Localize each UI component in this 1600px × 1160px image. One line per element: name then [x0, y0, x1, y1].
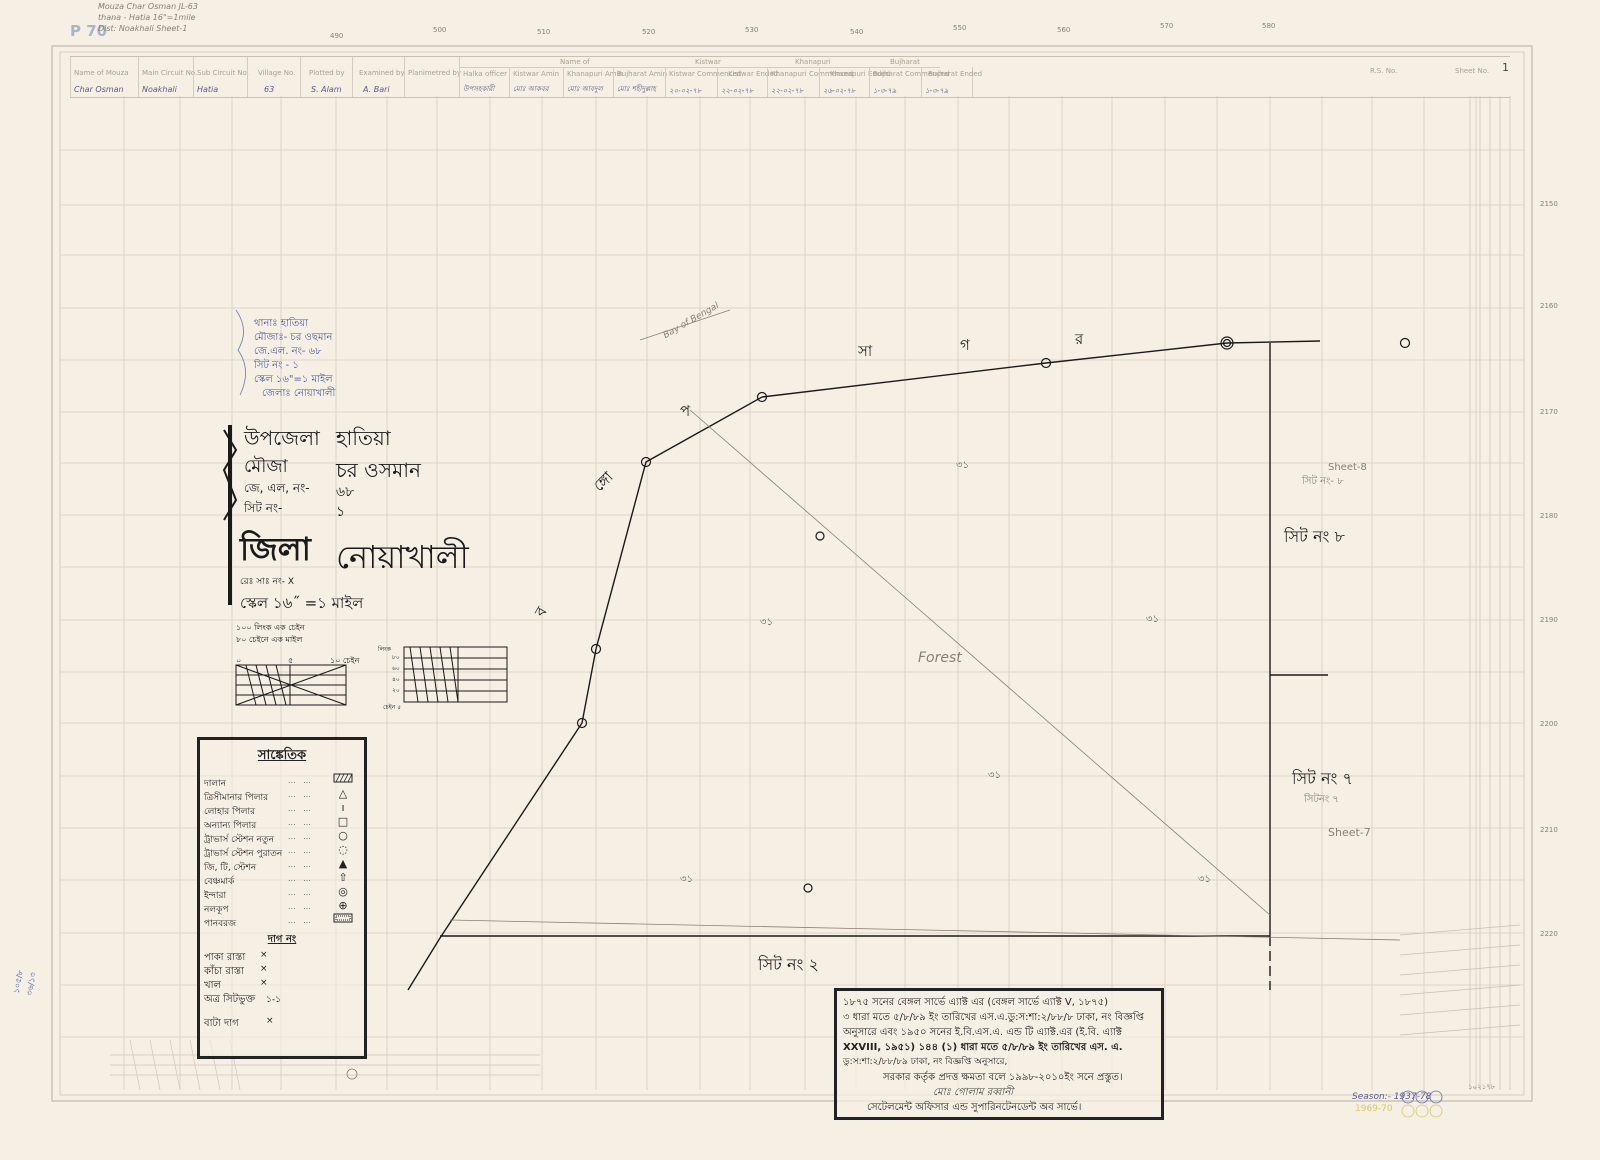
hdr-value: মোঃ আকবর [513, 83, 549, 95]
hdr-value: ২৬-০২-৭৮ [823, 85, 855, 97]
leader-dots: ... ... [288, 888, 311, 897]
dag-item-value: × [266, 1016, 274, 1026]
legend-item-label: অন্যান্য পিলার [204, 818, 256, 833]
diag-tick: ৬০ [392, 663, 400, 674]
notice-line: ৩ ধারা মতে ৫/৮/৮৯ ইং তারিখের এস.এ.ডু:স:শ… [843, 1010, 1155, 1025]
rs-no-label: R.S. No. [1370, 67, 1397, 75]
district-value: নোয়াখালী [336, 532, 469, 586]
notice-line: ডু:স:শা:২/৮৮/৮৯ ঢাকা, নং বিজ্ঞপ্তি অনুসা… [843, 1055, 1155, 1070]
hdr-col-bujharat-commenced: Bujharat Commenced১-৩-৭৯ [869, 67, 922, 97]
sea-label-char: সা [858, 340, 872, 365]
district-label: জিলা [240, 524, 311, 578]
dag-item-label: অত্র সিটভুক্ত [204, 992, 255, 1009]
legend-item-label: ত্রিসীমানার পিলার [204, 790, 268, 805]
crossed-circle-icon: ⊕ [332, 899, 354, 912]
hdr-value: Hatia [197, 85, 218, 94]
grid-coord-right-2: 2170 [1540, 408, 1558, 416]
dag-item-value: × [260, 950, 268, 960]
hdr-value: মোঃ আবদুল [567, 83, 603, 95]
hdr-value: Char Osman [74, 85, 124, 94]
notice-line: XXVIII, ১৯৫১) ১৪৪ (১) ধারা মতে ৫/৮/৮৯ ইং… [843, 1040, 1155, 1055]
hdr-value: S. Alam [311, 85, 342, 94]
hdr-col-bujharat-ended: Bujharat Ended১-৩-৭৯ [921, 67, 973, 97]
legend-title: সাঙ্কেতিক [200, 746, 364, 767]
diag-bottom-label: চেইন ৫ [383, 702, 401, 713]
hdr-label: Plotted by [309, 69, 345, 77]
hdr-group-label: Bujharat [890, 58, 920, 66]
hdr-label: Main Circuit No. [142, 69, 197, 77]
circle-icon: ○ [332, 829, 354, 842]
grid-coord-right-7: 2220 [1540, 930, 1558, 938]
hdr-value: ১-৩-৭৯ [925, 85, 948, 97]
dag-item-value: × [260, 978, 268, 988]
sea-label-char: র [1075, 328, 1083, 353]
grid-coord-top-6: 550 [953, 24, 966, 32]
hdr-label: Name of Mouza [74, 69, 129, 77]
hdr-col-bujharat-amin: Bujharat Aminমোঃ শহীদুল্লাহ [613, 67, 666, 97]
legend-item-label: নলকূপ [204, 902, 228, 917]
legend-item-label: ট্রাভার্স স্টেশন নতুন [204, 832, 274, 847]
sheet-value: ১ [336, 500, 345, 524]
hdr-value: উপসহকারী [463, 83, 494, 95]
hdr-label: Planimetred by [408, 69, 461, 77]
hdr-label: Halka officer [463, 70, 507, 78]
grid-coord-right-4: 2190 [1540, 616, 1558, 624]
left-margin-note: ১০৫/৮ ৩৬/১৩ [11, 969, 41, 997]
diag-tick: ২০ [392, 685, 400, 696]
hdr-value: A. Bari [363, 85, 390, 94]
legend-item-label: ট্রাভার্স স্টেশন পুরাতন [204, 846, 282, 861]
hdr-label: Kistwar Amin [513, 70, 559, 78]
hdr-col-main-circuit: Main Circuit No.Noakhali [138, 57, 194, 97]
hdr-value: ১-৩-৭৯ [873, 85, 896, 97]
sea-label-char: গ [960, 334, 970, 359]
jl-label: জে, এল, নং- [244, 480, 310, 500]
adjacent-sheet-8: সিট নং ৮ [1284, 524, 1345, 551]
other-pillar-icon: □ [332, 815, 354, 828]
grid-coord-right-1: 2160 [1540, 302, 1558, 310]
scale-bar-label-mid: ৫ [288, 655, 293, 668]
legend-item-label: ইন্দারা [204, 888, 226, 903]
legend-item-label: বেঞ্চমার্ক [204, 874, 234, 889]
hdr-col-kistwar-ended: Kistwar Ended২২-০২-৭৮ [717, 67, 768, 97]
iron-pillar-icon: ı [332, 801, 354, 814]
leader-dots: ... ... [288, 832, 311, 841]
hdr-col-kistwar-commenced: Kistwar Commenced২০-০২-৭৮ [665, 67, 718, 97]
grid-coord-top-1: 500 [433, 26, 446, 34]
hdr-value: ২২-০২-৭৮ [771, 85, 803, 97]
broken-circle-icon: ◌ [332, 843, 354, 856]
forest-label: Forest [918, 650, 962, 666]
upazila-value: হাতিয়া [336, 424, 391, 457]
hdr-group-label: Name of [560, 58, 590, 66]
grid-coord-top-7: 560 [1057, 26, 1070, 34]
legend-box: সাঙ্কেতিক দালান ... ... ত্রিসীমানার পিলা… [197, 737, 367, 1059]
plot-number: ৩১ [956, 458, 969, 475]
sheet-no-value: 1 [1502, 61, 1509, 74]
legend-item-label: পানবরজ [204, 916, 236, 931]
grid-coord-top-8: 570 [1160, 22, 1173, 30]
hdr-col-examined: Examined byA. Bari [352, 57, 405, 97]
notice-line: অনুসারে এবং ১৯৫০ সনের ই.বি.এস.এ. এন্ড টি… [843, 1025, 1155, 1040]
gt-station-icon: ▲ [332, 857, 354, 870]
stamp-number: ১০২১৭৮ [1468, 1081, 1495, 1093]
sheet7-pencil-en: Sheet-7 [1328, 826, 1371, 839]
hdr-value: ২২-০২-৭৮ [721, 85, 753, 97]
rev-survey-no: রেঃ সাঃ নং- X [240, 574, 294, 589]
adjacent-sheet-2: সিট নং ২ [758, 952, 819, 979]
pencil-note-line1: Mouza Char Osman JL-63 [98, 2, 198, 11]
hdr-group-label: Kistwar [695, 58, 721, 66]
notice-line: সরকার কর্তৃক প্রদত্ত ক্ষমতা বলে ১৯৯৮-২০১… [843, 1070, 1155, 1085]
leader-dots: ... ... [288, 804, 311, 813]
diag-tick: ৪০ [392, 674, 400, 685]
dag-item-value: ১-১ [266, 992, 281, 1007]
scale-bar-label-right: ১০ চেইন [330, 655, 359, 668]
hdr-col-village: Village No.63 [247, 57, 301, 97]
plot-number: ৩১ [760, 615, 773, 632]
grid-coord-right-5: 2200 [1540, 720, 1558, 728]
sheet8-pencil-en: Sheet-8 [1328, 462, 1367, 473]
hdr-label: Village No. [258, 69, 295, 77]
notice-footer: সেটেলমেন্ট অফিসার এন্ড সুপারিনটেনডেন্ট অ… [843, 1100, 1155, 1115]
leader-dots: ... ... [288, 902, 311, 911]
certification-notice: ১৮৭৫ সনের বেঙ্গল সার্ভে এ্যাক্ট এর (বেঙ্… [834, 988, 1164, 1120]
triangle-icon: △ [332, 787, 354, 800]
hdr-label: Bujharat Ended [928, 70, 982, 78]
sheet8-pencil: সিট নং- ৮ [1302, 474, 1344, 491]
grid-coord-right-3: 2180 [1540, 512, 1558, 520]
hdr-value: Noakhali [142, 85, 177, 94]
legend-item-label: জি, টি, স্টেশন [204, 860, 256, 875]
hdr-value: 63 [264, 85, 274, 94]
grid-coord-right-0: 2150 [1540, 200, 1558, 208]
header-table: Name of MouzaChar Osman Main Circuit No.… [70, 56, 1510, 98]
dag-item-value: × [260, 964, 268, 974]
pencil-note-line3: Dist: Noakhali Sheet-1 [98, 24, 187, 33]
hdr-value: মোঃ শহীদুল্লাহ [617, 83, 656, 95]
sheet-label: সিট নং- [244, 500, 282, 520]
grid-coord-top-2: 510 [537, 28, 550, 36]
scale-note-2: ৮০ চেইনে এক মাইল [236, 634, 302, 647]
sea-label-char: প [680, 400, 690, 425]
sheet-no-label: Sheet No. [1455, 67, 1489, 75]
hdr-col-khanapuri-amin: Khanapuri Aminমোঃ আবদুল [563, 67, 614, 97]
hdr-col-sub-circuit: Sub Circuit No.Hatia [193, 57, 248, 97]
pencil-note-line2: thana - Hatia 16"=1mile [98, 13, 196, 22]
signature: মোঃ গোলাম রব্বানী [843, 1085, 1155, 1100]
hdr-col-khanapuri-ended: Khanapuri Ended২৬-০২-৭৮ [819, 67, 870, 97]
scale-bar-label-left: ০ [236, 655, 241, 668]
double-circle-icon: ◎ [332, 885, 354, 898]
plot-number: ৩১ [1146, 612, 1159, 629]
plot-number: ৩১ [1198, 872, 1211, 889]
pencil-title-line: জেলাঃ নোয়াখালী [262, 386, 335, 403]
hdr-col-khanapuri-commenced: Khanapuri Commenced২২-০২-৭৮ [767, 67, 820, 97]
grid-coord-top-5: 540 [850, 28, 863, 36]
leader-dots: ... ... [288, 874, 311, 883]
sheet7-pencil: সিটনং ৭ [1304, 792, 1339, 809]
grid-coord-top-9: 580 [1262, 22, 1275, 30]
leader-dots: ... ... [288, 776, 311, 785]
hdr-col-mouza: Name of MouzaChar Osman [70, 57, 139, 97]
hdr-col-plotted: Plotted byS. Alam [300, 57, 353, 97]
hatched-rect-icon [332, 773, 354, 786]
grid-coord-top-3: 520 [642, 28, 655, 36]
adjacent-sheet-7: সিট নং ৭ [1292, 766, 1353, 793]
hdr-col-kistwar-amin: Kistwar Aminমোঃ আকবর [509, 67, 564, 97]
hdr-col-halka: Halka officerউপসহকারী [459, 67, 510, 97]
dag-title: দাগ নং [200, 932, 364, 949]
diag-tick: ৮০ [392, 652, 400, 663]
leader-dots: ... ... [288, 860, 311, 869]
hdr-label: Sub Circuit No. [197, 69, 249, 77]
grid-coord-top-4: 530 [745, 26, 758, 34]
hdr-group-label: Khanapuri [795, 58, 831, 66]
hdr-label: Bujharat Amin [617, 70, 667, 78]
hdr-value: ২০-০২-৭৮ [669, 85, 701, 97]
hdr-label: Examined by [359, 69, 405, 77]
dag-item-label: বাটা দাগ [204, 1016, 239, 1033]
plot-number: ৩১ [680, 872, 693, 889]
leader-dots: ... ... [288, 790, 311, 799]
plot-number: ৩১ [988, 768, 1001, 785]
leader-dots: ... ... [288, 916, 311, 925]
mouza-map-sheet: P 70 Mouza Char Osman JL-63 thana - Hati… [0, 0, 1600, 1160]
hdr-col-planimetred: Planimetred by [404, 57, 460, 97]
mouza-label: মৌজা [244, 452, 288, 483]
legend-item-label: লোহার পিলার [204, 804, 255, 819]
legend-item-label: দালান [204, 776, 226, 791]
grid-coord-top-0: 490 [330, 32, 343, 40]
notice-line: ১৮৭৫ সনের বেঙ্গল সার্ভে এ্যাক্ট এর (বেঙ্… [843, 995, 1155, 1010]
season-circles-icon [1400, 1090, 1446, 1120]
benchmark-icon: ⇧ [332, 871, 354, 884]
betel-rect-icon [332, 913, 354, 926]
scale-text: স্কেল ১৬˝ =১ মাইল [240, 592, 363, 617]
leader-dots: ... ... [288, 818, 311, 827]
season-label-2: 1969-70 [1355, 1104, 1393, 1114]
grid-coord-right-6: 2210 [1540, 826, 1558, 834]
leader-dots: ... ... [288, 846, 311, 855]
diag-scale-links-label: লিংক [378, 644, 391, 655]
